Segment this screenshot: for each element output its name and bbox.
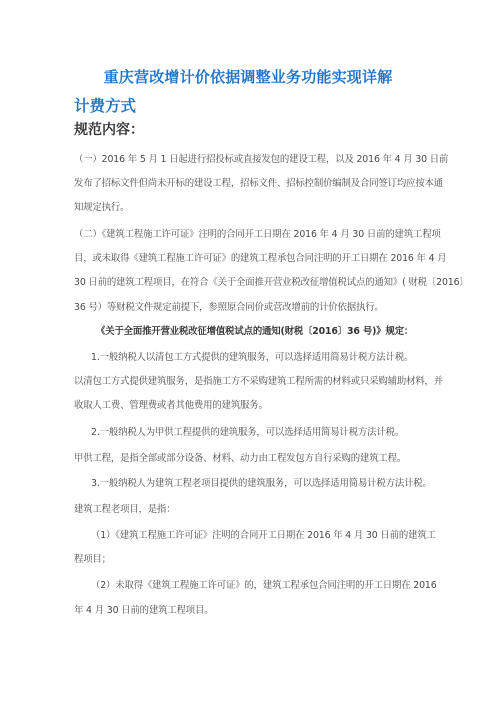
document-page: 重庆营改增计价依据调整业务功能实现详解 计费方式 规范内容： （一）2016 年… (0, 0, 496, 702)
section-heading: 计费方式 (74, 94, 136, 116)
paragraph-line: （1）《建筑工程施工许可证》注明的合同开工日期在 2016 年 4 月 30 日… (91, 527, 436, 541)
document-title: 重庆营改增计价依据调整业务功能实现详解 (0, 66, 496, 87)
paragraph-line: 1.一般纳税人以清包工方式提供的建筑服务，可以选择适用简易计税方法计税。 (91, 349, 413, 363)
paragraph-line: 目，或未取得《建筑工程施工许可证》的建筑工程承包合同注明的开工日期在 2016 … (74, 250, 447, 264)
paragraph-line: 36 号）等财税文件规定前提下，参照原合同价或营改增前的计价依据执行。 (74, 299, 384, 313)
paragraph-line: 3.一般纳税人为建筑工程老项目提供的建筑服务，可以选择适用简易计税方法计税。 (91, 475, 432, 489)
paragraph-line: （2）未取得《建筑工程施工许可证》的，建筑工程承包合同注明的开工日期在 2016 (91, 577, 437, 591)
paragraph-line: 发布了招标文件但尚未开标的建设工程，招标文件、招标控制价编制及合同签订均应按本通 (74, 175, 443, 189)
paragraph-line: 2.一般纳税人为甲供工程提供的建筑服务，可以选择适用简易计税方法计税。 (91, 424, 404, 438)
subsection-heading: 规范内容： (74, 119, 144, 139)
paragraph-line: 建筑工程老项目，是指： (74, 501, 175, 515)
paragraph-line: 收取人工费、管理费或者其他费用的建筑服务。 (74, 397, 268, 411)
paragraph-line: 知规定执行。 (74, 199, 129, 213)
paragraph-line: 年 4 月 30 日前的建筑工程项目。 (74, 602, 213, 616)
paragraph-line: 甲供工程，是指全部或部分设备、材料、动力由工程发包方自行采购的建筑工程。 (74, 450, 406, 464)
paragraph-line: （一）2016 年 5 月 1 日起进行招投标或直接发包的建设工程，以及 201… (74, 151, 448, 165)
paragraph-line: 程项目； (74, 551, 111, 565)
regulation-heading: 《关于全面推开营业税改征增值税试点的通知(财税〔2016〕36 号)》规定： (96, 323, 413, 337)
paragraph-line: 30 日前的建筑工程项目，在符合《关于全面推开营业税改征增值税试点的通知》( 财… (74, 274, 469, 288)
paragraph-line: 以清包工方式提供建筑服务，是指施工方不采购建筑工程所需的材料或只采购辅助材料，并 (74, 373, 443, 387)
paragraph-line: （二）《建筑工程施工许可证》注明的合同开工日期在 2016 年 4 月 30 日… (74, 226, 441, 240)
